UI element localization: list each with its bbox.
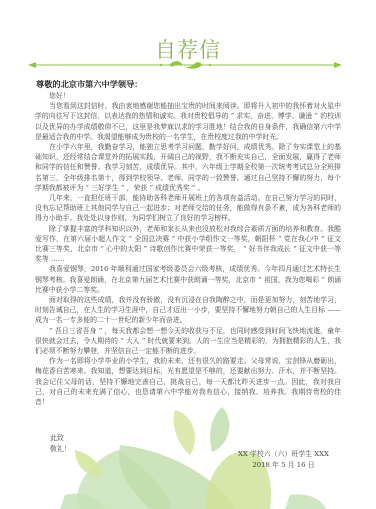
closing-line: 敬礼！ — [50, 444, 71, 455]
ornamental-divider-icon — [26, 58, 344, 72]
paragraph: 面对取得的这些成绩，我并没有骄傲，没有沉浸在自我陶醉之中，而是更加努力，刻苦地学… — [35, 295, 341, 326]
signature-name: XX 学校六（六）班学生 XXX — [238, 449, 329, 460]
paragraph: 当您看到这封信时，我由衷地感谢您能抽出宝贵的时间来阅读。即将升入初中的我怀着对火… — [35, 101, 341, 142]
letter-page: 自荐信 尊敬的北京市第六中学领导： 您好！ 当您看到这封信时，我由衷地感谢您能抽… — [0, 0, 376, 509]
paragraph: 几年来，一直担任班干部，能协助各科老师开展班上的各项有益活动。在自己努力学习的同… — [35, 193, 341, 224]
paragraph: 除了掌握丰富的学科知识以外，老师和家长从来也没放松对我综合素质方面的培养和教育。… — [35, 224, 341, 265]
paragraph: “ 吾日三省吾身 ” ，每天我都会想一想今天的收获与不足，也同时感受到时间飞快地… — [35, 326, 341, 357]
signature-block: XX 学校六（六）班学生 XXX 2018 年 5 月 16 日 — [238, 449, 329, 471]
letter-greeting: 尊敬的北京市第六中学领导： — [36, 79, 142, 90]
paragraph: 作为一名即将小学毕业的小学生，我的未来，还有很久的路要走。父母常说，宝剑锋从磨砺… — [35, 356, 341, 407]
letter-body: 您好！ 当您看到这封信时，我由衷地感谢您能抽出宝贵的时间来阅读。即将升入初中的我… — [35, 91, 341, 407]
closing-line: 此致 — [50, 433, 71, 444]
salutation: 您好！ — [35, 91, 341, 101]
paragraph: 在小学六年里，我勤奋学习，能独立思考学习问题，勤学好问，成绩优秀。除了夯实课堂上… — [35, 142, 341, 193]
signature-date: 2018 年 5 月 16 日 — [238, 460, 329, 471]
paragraph: 我喜爱钢琴，2016 年顺利通过国家考级委员会六级考核，成绩优秀。今年四月通过艺… — [35, 264, 341, 295]
letter-closing: 此致 敬礼！ — [50, 433, 71, 455]
